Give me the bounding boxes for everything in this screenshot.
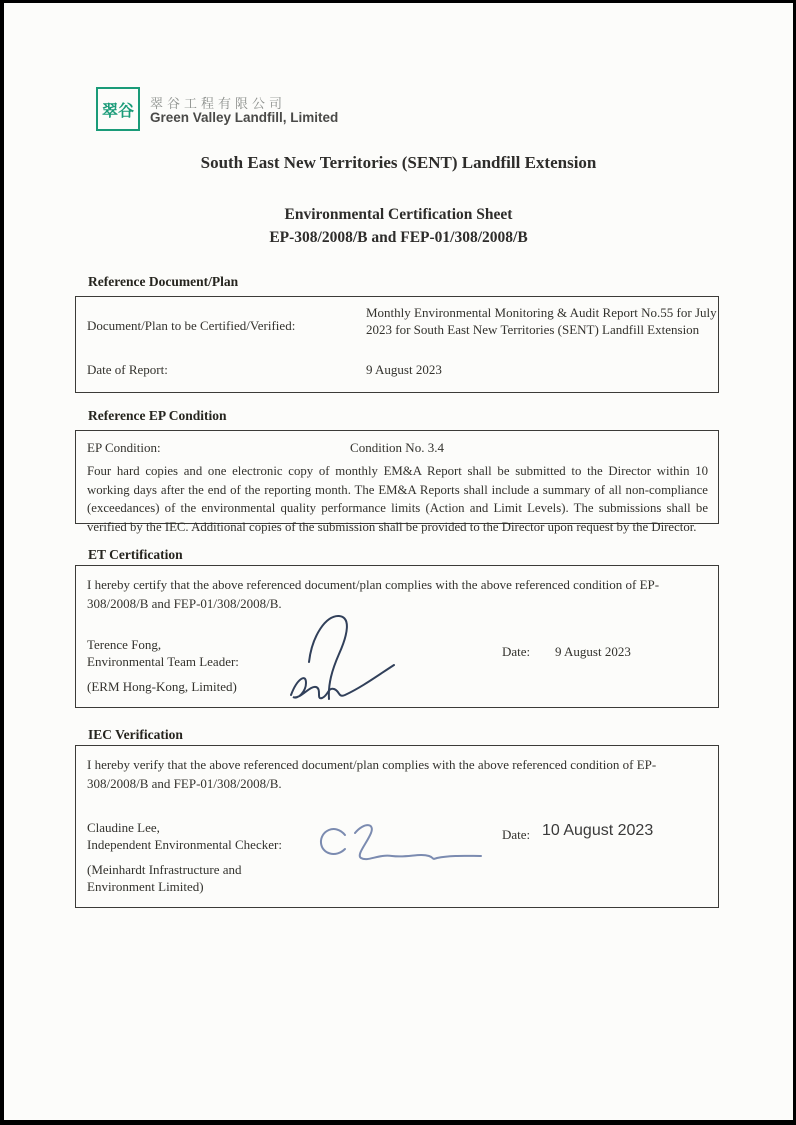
et-date-label: Date: bbox=[502, 643, 530, 660]
iec-signatory-org: (Meinhardt Infrastructure and Environmen… bbox=[87, 861, 277, 895]
et-signatory-name: Terence Fong, bbox=[87, 637, 161, 652]
heading-reference-document: Reference Document/Plan bbox=[88, 274, 238, 290]
et-signatory-title: Environmental Team Leader: bbox=[87, 654, 239, 669]
heading-reference-ep-condition: Reference EP Condition bbox=[88, 408, 227, 424]
scanned-page-frame: 翠谷 翠谷工程有限公司 Green Valley Landfill, Limit… bbox=[0, 0, 796, 1125]
iec-date-value: 10 August 2023 bbox=[542, 822, 653, 840]
heading-et-certification: ET Certification bbox=[88, 547, 183, 563]
document-plan-label: Document/Plan to be Certified/Verified: bbox=[87, 317, 357, 334]
reference-document-box: Document/Plan to be Certified/Verified: … bbox=[75, 296, 719, 393]
heading-iec-verification: IEC Verification bbox=[88, 727, 183, 743]
et-signatory: Terence Fong, Environmental Team Leader: bbox=[87, 636, 239, 670]
company-logo: 翠谷 bbox=[96, 87, 140, 131]
et-signatory-org: (ERM Hong-Kong, Limited) bbox=[87, 678, 237, 695]
certification-sheet: 翠谷 翠谷工程有限公司 Green Valley Landfill, Limit… bbox=[4, 3, 793, 1120]
project-title: South East New Territories (SENT) Landfi… bbox=[4, 153, 793, 173]
document-plan-value: Monthly Environmental Monitoring & Audit… bbox=[366, 304, 718, 338]
et-certification-box: I hereby certify that the above referenc… bbox=[75, 565, 719, 708]
iec-date-label: Date: bbox=[502, 826, 530, 843]
permit-numbers: EP-308/2008/B and FEP-01/308/2008/B bbox=[4, 229, 793, 247]
date-of-report-label: Date of Report: bbox=[87, 361, 168, 378]
company-name-english: Green Valley Landfill, Limited bbox=[150, 110, 338, 125]
iec-signature bbox=[311, 818, 491, 878]
et-date-value: 9 August 2023 bbox=[555, 643, 631, 660]
logo-glyphs: 翠谷 bbox=[102, 98, 134, 121]
ep-condition-number: Condition No. 3.4 bbox=[76, 439, 718, 456]
iec-signatory: Claudine Lee, Independent Environmental … bbox=[87, 819, 282, 853]
iec-statement: I hereby verify that the above reference… bbox=[87, 756, 705, 793]
date-of-report-value: 9 August 2023 bbox=[366, 361, 442, 378]
iec-signatory-title: Independent Environmental Checker: bbox=[87, 837, 282, 852]
et-signature bbox=[271, 608, 401, 703]
iec-verification-box: I hereby verify that the above reference… bbox=[75, 745, 719, 908]
sheet-title: Environmental Certification Sheet bbox=[4, 206, 793, 224]
iec-signatory-name: Claudine Lee, bbox=[87, 820, 160, 835]
ep-condition-box: EP Condition: Condition No. 3.4 Four har… bbox=[75, 430, 719, 524]
ep-condition-text: Four hard copies and one electronic copy… bbox=[87, 462, 708, 536]
